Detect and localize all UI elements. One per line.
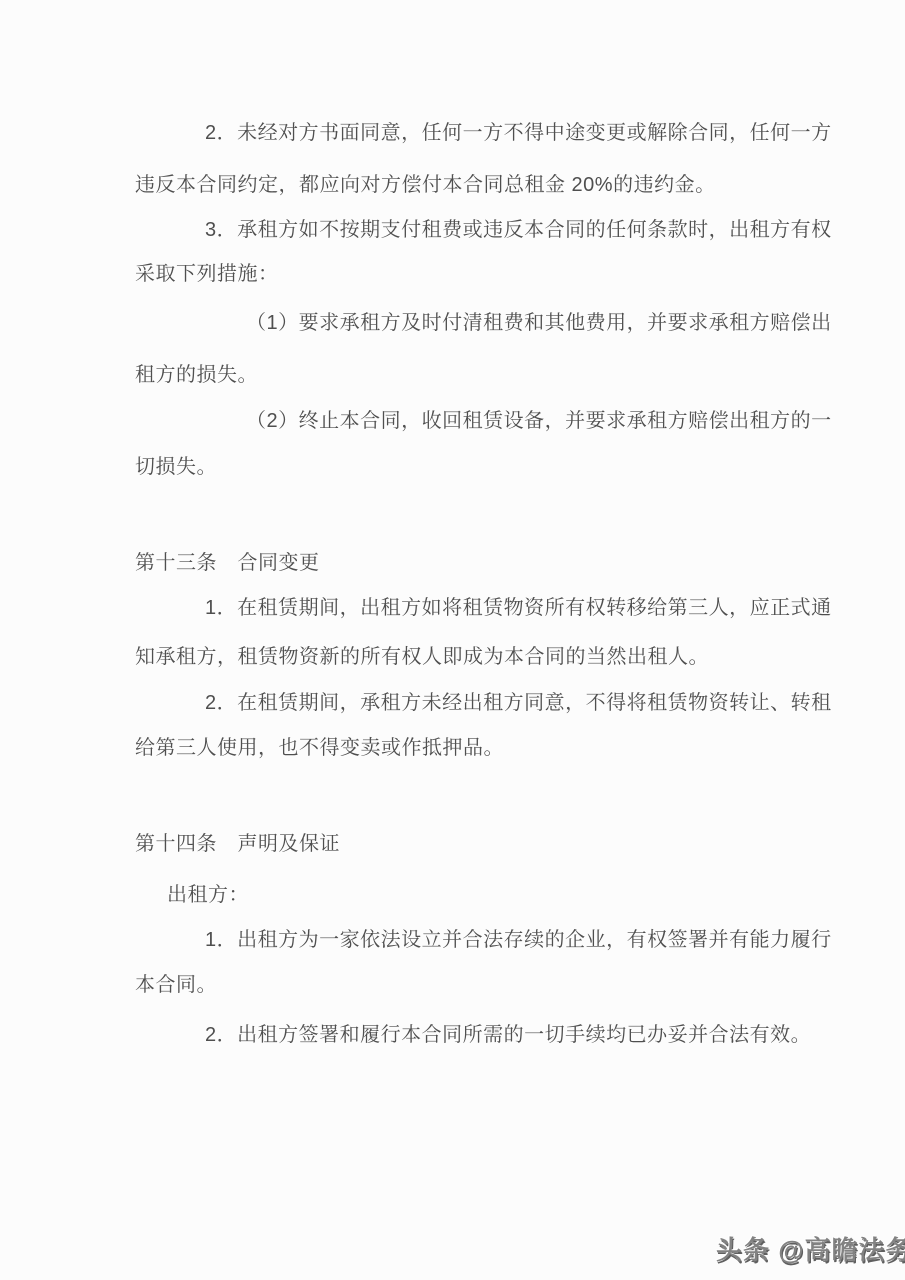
- text-line: 给第三人使用，也不得变卖或作抵押品。: [135, 734, 504, 762]
- text-line: 违反本合同约定，都应向对方偿付本合同总租金 20%的违约金。: [135, 171, 716, 199]
- text-line: 租方的损失。: [135, 361, 258, 389]
- watermark-credit: 头条 @高瞻法务: [716, 1230, 905, 1267]
- text-line: 知承租方，租赁物资新的所有权人即成为本合同的当然出租人。: [135, 643, 709, 671]
- text-line: 2．未经对方书面同意，任何一方不得中途变更或解除合同，任何一方: [205, 119, 832, 147]
- text-line: （1）要求承租方及时付清租费和其他费用，并要求承租方赔偿出: [246, 309, 832, 337]
- text-line: 本合同。: [135, 971, 217, 999]
- text-line: 1．在租赁期间，出租方如将租赁物资所有权转移给第三人，应正式通: [205, 594, 832, 622]
- text-line: 3．承租方如不按期支付租费或违反本合同的任何条款时，出租方有权: [205, 216, 832, 244]
- text-line: 出租方：: [167, 881, 249, 909]
- text-line: 采取下列措施：: [135, 260, 279, 288]
- contract-page: 2．未经对方书面同意，任何一方不得中途变更或解除合同，任何一方 违反本合同约定，…: [0, 0, 905, 1280]
- text-line: 2．在租赁期间，承租方未经出租方同意，不得将租赁物资转让、转租: [205, 689, 832, 717]
- text-line: 1．出租方为一家依法设立并合法存续的企业，有权签署并有能力履行: [205, 926, 832, 954]
- section-heading: 第十四条 声明及保证: [135, 830, 340, 858]
- text-line: 2．出租方签署和履行本合同所需的一切手续均已办妥并合法有效。: [205, 1021, 811, 1049]
- section-heading: 第十三条 合同变更: [135, 549, 320, 577]
- text-line: 切损失。: [135, 453, 217, 481]
- text-line: （2）终止本合同，收回租赁设备，并要求承租方赔偿出租方的一: [246, 407, 832, 435]
